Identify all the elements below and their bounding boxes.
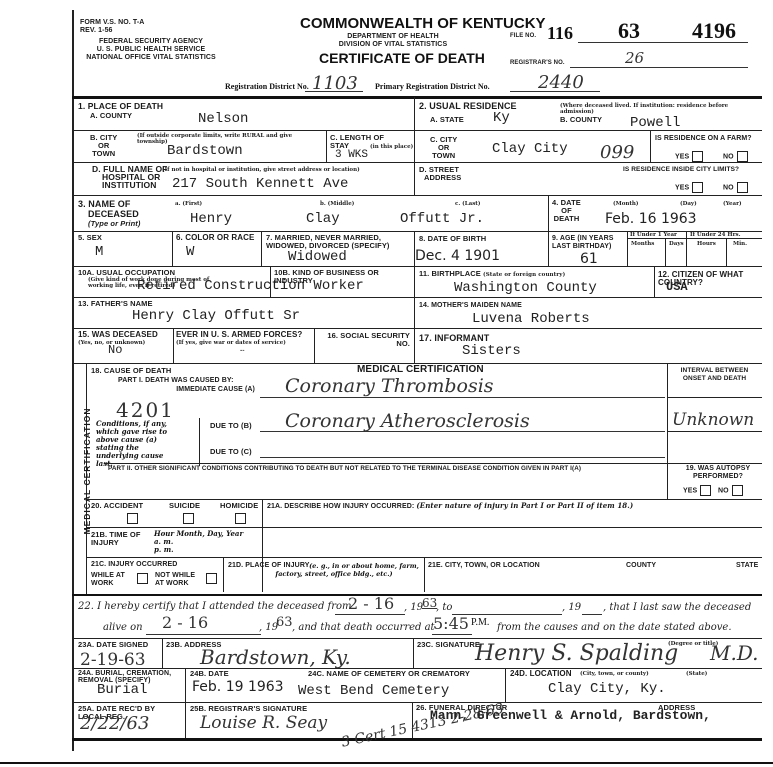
attended-from-19: , 19 <box>404 602 423 613</box>
at-work-label: WHILE AT WORK <box>91 572 136 588</box>
father-name: Henry Clay Offutt Sr <box>132 308 300 324</box>
place-injury-note: (e. g., in or about home, farm, factory,… <box>245 562 423 578</box>
file-no-prefix: 116 <box>547 23 573 44</box>
farm-yes: YES <box>675 151 703 162</box>
min-col: Min. <box>733 241 747 247</box>
injury-occurred-label: 21c. INJURY OCCURRED <box>91 561 177 569</box>
burial-date: Feb. 19 1963 <box>192 679 284 695</box>
race-label: 6. COLOR OR RACE <box>176 234 255 242</box>
medical-certification-side-label: MEDICAL CERTIFICATION <box>83 406 91 536</box>
registrar-signature-label: 25b. REGISTRAR'S SIGNATURE <box>190 705 307 713</box>
cemetery-label: 24c. NAME OF CEMETERY OR CREMATORY <box>308 670 470 678</box>
accident-checkbox[interactable] <box>127 513 138 524</box>
autopsy-yes: YES <box>683 485 711 496</box>
ssn-label: 16. SOCIAL SECURITY NO. <box>318 332 410 348</box>
registration-district-label: Registration District No. <box>225 82 309 91</box>
age-label: 9. AGE (In years last birthday) <box>552 235 624 251</box>
injury-time-label: 21b. TIME OF INJURY <box>91 531 151 547</box>
death-meridiem: P.M. <box>471 617 489 628</box>
label-line: INSTITUTION <box>92 181 167 189</box>
institution-note: (If not in hospital or institution, give… <box>162 167 412 173</box>
certify-line-1: 22. I hereby certify that I attended the… <box>78 601 352 612</box>
homicide-checkbox[interactable] <box>235 513 246 524</box>
city-limits-no-checkbox[interactable] <box>737 182 748 193</box>
burial-location: Clay City, Ky. <box>548 681 666 697</box>
date-of-death: Feb. 16 1963 <box>605 211 697 227</box>
immediate-cause: Coronary Thrombosis <box>285 375 494 397</box>
farm-question: IS RESIDENCE ON A FARM? <box>655 135 752 143</box>
not-at-work-label: NOT WHILE AT WORK <box>155 572 200 588</box>
location-note: (City, town, or county) <box>580 671 649 677</box>
informant: Sisters <box>462 343 521 359</box>
no-label: NO <box>723 153 734 160</box>
physician-signature: Henry S. Spalding <box>475 641 678 666</box>
agency-block: FEDERAL SECURITY AGENCY U. S. PUBLIC HEA… <box>76 38 226 62</box>
burial-date-label: 24b. DATE <box>190 670 229 678</box>
residence-city: Clay City <box>492 141 568 157</box>
length-of-stay-note: (in this place) <box>370 144 413 150</box>
file-no-number: 4196 <box>692 18 736 44</box>
label-line: TOWN <box>90 150 117 158</box>
date-received: 2/22/63 <box>80 713 149 734</box>
death-county-label: a. COUNTY <box>90 112 132 120</box>
middle-name: Clay <box>306 211 340 227</box>
death-city: Bardstown <box>167 143 243 159</box>
attended-from-date: 2 - 16 <box>348 594 394 613</box>
residence-street-label: d. STREET ADDRESS <box>419 166 461 182</box>
registrar-no-label: REGISTRAR'S NO. <box>510 59 565 67</box>
file-no-label: FILE NO. <box>510 32 536 40</box>
mother-name: Luvena Roberts <box>472 311 590 327</box>
due-to-b-label: DUE TO (b) <box>210 422 252 430</box>
sex: M <box>95 244 103 260</box>
department-line: DEPARTMENT OF HEALTH <box>318 33 468 41</box>
death-occurred-text: , and that death occurred at <box>292 622 435 633</box>
days-col: Days <box>669 241 684 247</box>
farm-no: NO <box>723 151 748 162</box>
age: 61 <box>580 251 598 267</box>
injury-how-label: 21a. DESCRIBE HOW INJURY OCCURRED: (Ente… <box>267 502 633 511</box>
immediate-cause-label: IMMEDIATE CAUSE (a) <box>170 386 255 394</box>
label-line: DEATH <box>552 215 581 223</box>
accident-label: 20. ACCIDENT <box>91 502 143 510</box>
to-text: , to <box>436 602 452 613</box>
residence-county-label: b. COUNTY <box>560 116 602 124</box>
usual-residence-note: (Where deceased lived. If institution: r… <box>560 103 760 115</box>
due-to-b: Coronary Atherosclerosis <box>285 410 530 432</box>
armed-forces-label-a: 15. WAS DECEASED <box>78 331 158 339</box>
last-name: Offutt Jr. <box>400 211 484 227</box>
armed-forces-dates: -- <box>240 348 245 354</box>
residence-state: Ky <box>493 110 510 126</box>
injury-how-note: (Enter nature of injury in Part I or Par… <box>416 501 633 510</box>
attended-from-year: 63 <box>422 596 437 610</box>
at-work-text: WHILE AT WORK <box>91 572 125 587</box>
suicide-checkbox[interactable] <box>183 513 194 524</box>
birthplace-label-text: 11. BIRTHPLACE <box>419 269 481 278</box>
injury-state-label: STATE <box>736 562 758 570</box>
dod-year-col: (Year) <box>723 201 742 207</box>
middle-name-label: b. (Middle) <box>320 201 354 207</box>
city-limits-question: IS RESIDENCE INSIDE CITY LIMITS? <box>623 166 739 174</box>
alive-on-date: 2 - 16 <box>162 613 208 632</box>
armed-forces-note-b: (If yes, give war or dates of service) <box>176 340 286 346</box>
death-city-label: b. CITY OR TOWN <box>90 134 117 158</box>
not-at-work-text: NOT WHILE AT WORK <box>155 572 195 587</box>
form-number: FORM V.S. NO. T-A <box>80 19 144 27</box>
farm-yes-checkbox[interactable] <box>692 151 703 162</box>
location-label: 24d. LOCATION <box>510 670 572 678</box>
cemetery-name: West Bend Cemetery <box>298 683 449 699</box>
first-name: Henry <box>190 211 232 227</box>
physician-degree: M.D. <box>710 641 759 665</box>
date-signed-label: 23a. DATE SIGNED <box>78 641 148 649</box>
burial-type: Burial <box>97 682 147 698</box>
institution-label: d. FULL NAME OF HOSPITAL OR INSTITUTION <box>92 165 167 189</box>
date-signed: 2-19-63 <box>80 650 146 670</box>
birthplace-label: 11. BIRTHPLACE (State or foreign country… <box>419 270 565 278</box>
father-name-label: 13. FATHER'S NAME <box>78 300 153 308</box>
injury-how-label-text: 21a. DESCRIBE HOW INJURY OCCURRED: <box>267 503 414 510</box>
agency-line: FEDERAL SECURITY AGENCY <box>76 38 226 46</box>
registration-district: 1103 <box>312 73 358 94</box>
last-name-label: c. (Last) <box>455 201 480 207</box>
residence-county: Powell <box>630 115 680 131</box>
note-line: p. m. <box>154 546 243 554</box>
injury-time-note: Hour Month, Day, Year a. m. p. m. <box>154 530 243 554</box>
armed-forces-label-b: EVER IN U. S. ARMED FORCES? <box>176 331 302 339</box>
city-limits-yes-checkbox[interactable] <box>692 182 703 193</box>
label-line: ADDRESS <box>419 174 461 182</box>
alive-on-year: 63 <box>276 615 293 630</box>
certify-text: 22. I hereby certify that I attended the… <box>78 601 352 612</box>
form-number-block: FORM V.S. NO. T-A REV. 1-56 <box>80 19 144 35</box>
page-title: COMMONWEALTH OF KENTUCKY <box>300 15 546 32</box>
first-name-label: a. (First) <box>175 201 202 207</box>
yes-label: YES <box>675 153 689 160</box>
signature-label: 23c. SIGNATURE <box>417 641 480 649</box>
location-state-note: (State) <box>686 671 707 677</box>
department-line: DIVISION OF VITAL STATISTICS <box>318 41 468 49</box>
certify-line-2-end: from the causes and on the date stated a… <box>497 622 732 633</box>
death-time: 5:45 <box>433 614 469 633</box>
department-block: DEPARTMENT OF HEALTH DIVISION OF VITAL S… <box>318 33 468 49</box>
not-at-work-checkbox[interactable] <box>206 573 217 584</box>
dob-label: 8. DATE OF BIRTH <box>419 235 486 243</box>
at-work-checkbox[interactable] <box>137 573 148 584</box>
autopsy-no: NO <box>718 485 743 496</box>
interval-b: Unknown <box>672 410 754 430</box>
label-line: 3. NAME OF <box>78 199 140 209</box>
label-line: DECEASED <box>78 209 140 219</box>
suicide-label: SUICIDE <box>169 502 200 510</box>
mother-name-label: 14. MOTHER'S MAIDEN NAME <box>419 302 522 310</box>
label-line: (Type or Print) <box>78 219 140 229</box>
institution-address: 217 South Kennett Ave <box>172 176 348 192</box>
conditions-note: Conditions, if any, which gave rise to a… <box>96 420 174 468</box>
homicide-label: HOMICIDE <box>220 502 258 510</box>
medical-certification-title: MEDICAL CERTIFICATION <box>357 366 484 374</box>
primary-district: 2440 <box>538 72 584 93</box>
part-2-label: PART II. OTHER SIGNIFICANT CONDITIONS CO… <box>108 465 668 473</box>
birthplace: Washington County <box>454 280 597 296</box>
under-1-year-label: If Under 1 Year <box>630 232 677 238</box>
months-col: Months <box>631 241 654 247</box>
to-19: , 19 <box>562 602 581 613</box>
registrar-no: 26 <box>625 49 644 67</box>
date-of-death-label: 4. DATE OF DEATH <box>552 199 581 223</box>
part-1-label: PART I. DEATH WAS CAUSED BY: <box>118 377 234 385</box>
occupation-label: 10a. USUAL OCCUPATION <box>78 269 175 277</box>
cause-of-death-label: 18. CAUSE OF DEATH <box>91 367 171 375</box>
autopsy-no-checkbox[interactable] <box>732 485 743 496</box>
autopsy-yes-checkbox[interactable] <box>700 485 711 496</box>
no-label: NO <box>723 184 734 191</box>
certificate-title: CERTIFICATE OF DEATH <box>319 50 485 66</box>
registrar-signature: Louise R. Seay <box>200 713 327 733</box>
city-limits-yes: YES <box>675 182 703 193</box>
residence-state-label: a. STATE <box>430 116 464 124</box>
marital-status: Widowed <box>288 249 347 265</box>
place-of-death-label: 1. PLACE OF DEATH <box>78 102 163 110</box>
form-revision: REV. 1-56 <box>80 27 144 35</box>
length-of-stay: 3 WKS <box>335 149 368 161</box>
birthplace-note: (State or foreign country) <box>483 272 565 278</box>
dod-month-col: (Month) <box>613 201 639 207</box>
agency-line: NATIONAL OFFICE VITAL STATISTICS <box>76 54 226 62</box>
under-24-hrs-label: If Under 24 Hrs. <box>690 232 740 238</box>
sex-label: 5. SEX <box>78 234 102 242</box>
alive-on-text: alive on <box>103 622 143 633</box>
primary-district-label: Primary Registration District No. <box>375 82 490 91</box>
autopsy-label: 19. WAS AUTOPSY PERFORMED? <box>678 465 758 481</box>
injury-county-label: COUNTY <box>626 562 656 570</box>
residence-city-code: 099 <box>600 142 634 163</box>
file-no-year: 63 <box>618 18 640 44</box>
no-label: NO <box>718 487 729 494</box>
yes-label: YES <box>675 184 689 191</box>
race: W <box>186 244 194 260</box>
residence-city-label: c. CITY OR TOWN <box>430 136 457 160</box>
agency-line: U. S. PUBLIC HEALTH SERVICE <box>76 46 226 54</box>
death-county: Nelson <box>198 111 248 127</box>
citizenship: USA <box>666 280 688 294</box>
physician-address: Bardstown, Ky. <box>200 645 351 669</box>
deceased-name-label: 3. NAME OF DECEASED (Type or Print) <box>78 199 140 229</box>
due-to-c-label: DUE TO (c) <box>210 448 252 456</box>
dod-day-col: (Day) <box>680 201 697 207</box>
injury-city-label: 21e. CITY, TOWN, OR LOCATION <box>428 562 540 570</box>
label-line: TOWN <box>430 152 457 160</box>
informant-label: 17. INFORMANT <box>419 334 489 342</box>
hours-col: Hours <box>697 241 716 247</box>
date-of-birth: Dec. 4 1901 <box>415 248 500 264</box>
armed-forces: No <box>108 343 122 357</box>
usual-residence-label: 2. USUAL RESIDENCE <box>419 102 517 110</box>
marital-status-label: 7. MARRIED, NEVER MARRIED, WIDOWED, DIVO… <box>266 234 416 250</box>
city-limits-no: NO <box>723 182 748 193</box>
farm-no-checkbox[interactable] <box>737 151 748 162</box>
business-label: 10b. KIND OF BUSINESS OR INDUSTRY <box>274 269 410 285</box>
yes-label: YES <box>683 487 697 494</box>
interval-label: INTERVAL BETWEEN ONSET AND DEATH <box>672 367 757 383</box>
last-saw-text: , that I last saw the deceased <box>603 602 751 613</box>
